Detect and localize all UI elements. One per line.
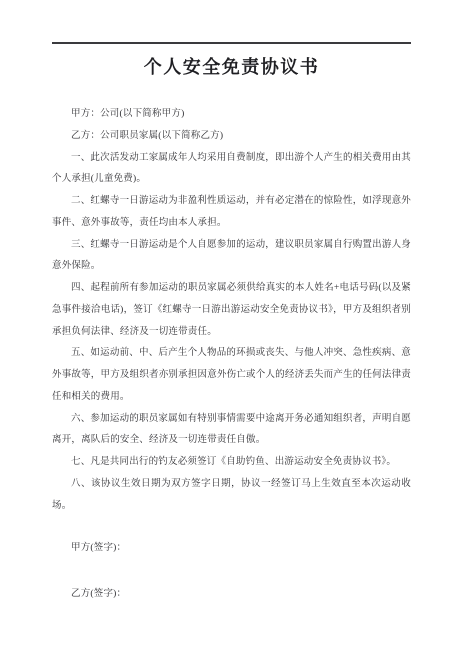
signature-line-party-b: 乙方(签字)： xyxy=(52,584,411,606)
clause-5: 五、如运动前、中、后产生个人物品的环损或丧失、与他人冲突、急性疾病、意外事故等，… xyxy=(52,343,411,408)
party-b-line: 乙方：公司职员家属(以下简称乙方) xyxy=(52,126,411,148)
clause-6: 六、参加运动的职员家属如有特别事情需要中途离开务必通知组织者，声明自愿离开，离队… xyxy=(52,409,411,453)
clause-8: 八、该协议生效日期为双方签字日期，协议一经签订马上生效直至本次运动收场。 xyxy=(52,474,411,518)
clause-1: 一、此次活发动工家属成年人均采用自费制度，即出游个人产生的相关费用由其个人承担(… xyxy=(52,148,411,192)
signature-line-party-a: 甲方(签字)： xyxy=(52,538,411,560)
clause-2: 二、红螺寺一日游运动为非盈利性质运动，并有必定潜在的惊险性，如浮现意外事件、意外… xyxy=(52,191,411,235)
document-page: 个人安全免责协议书 甲方：公司(以下简称甲方) 乙方：公司职员家属(以下简称乙方… xyxy=(0,0,463,655)
clause-7: 七、凡是共同出行的钓友必须签订《自助钓鱼、出游运动安全免责协议书》。 xyxy=(52,452,411,474)
clause-4: 四、起程前所有参加运动的职员家属必须供给真实的本人姓名+电话号码(以及紧急事件接… xyxy=(52,278,411,343)
document-title: 个人安全免责协议书 xyxy=(0,53,463,79)
clause-3: 三、红螺寺一日游运动是个人自愿参加的运动，建议职员家属自行购置出游人身意外保险。 xyxy=(52,235,411,279)
header-rule xyxy=(52,42,411,44)
party-a-line: 甲方：公司(以下简称甲方) xyxy=(52,104,411,126)
document-body: 甲方：公司(以下简称甲方) 乙方：公司职员家属(以下简称乙方) 一、此次活发动工… xyxy=(52,104,411,606)
